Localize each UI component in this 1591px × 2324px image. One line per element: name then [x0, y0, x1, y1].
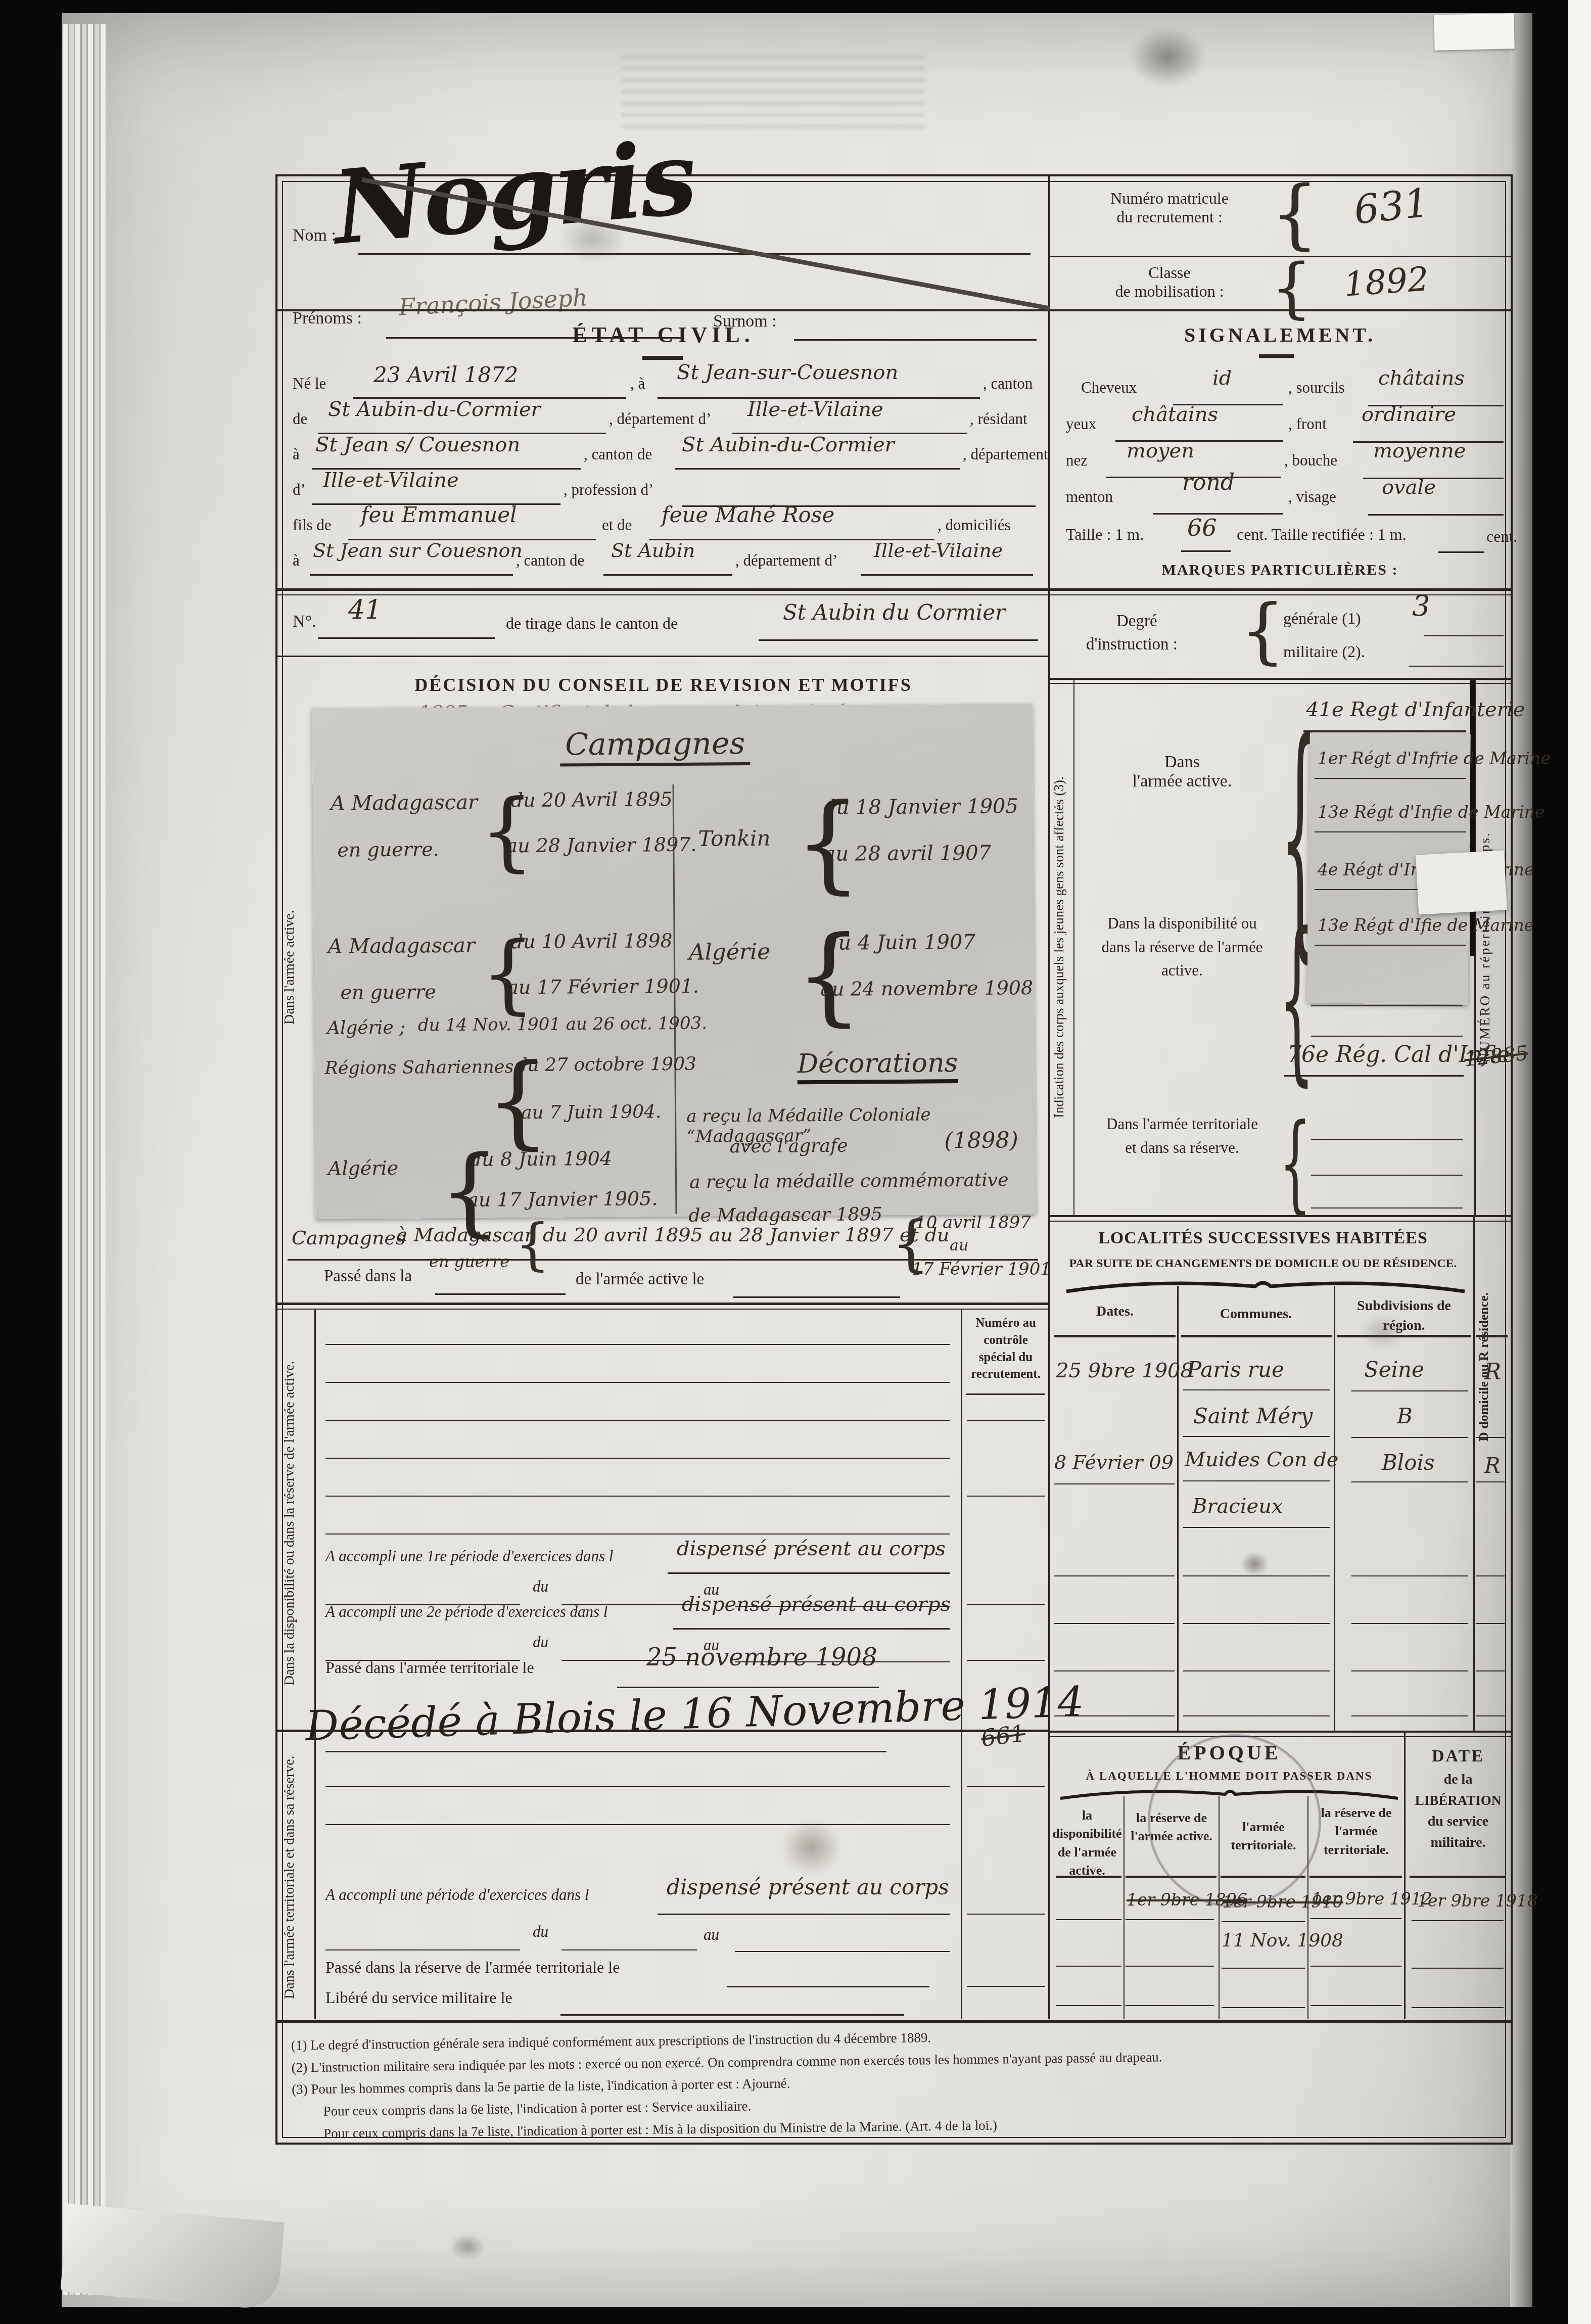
du-label: du — [533, 1577, 548, 1596]
ec-l6v3: Ille-et-Vilaine — [874, 539, 1003, 562]
fill-line — [1054, 1575, 1175, 1576]
sig-r3a: menton — [1066, 488, 1113, 506]
rule — [1476, 1335, 1508, 1337]
regiment-entry: 41e Regt d'Infanterie — [1306, 698, 1525, 721]
ec-l2a: de — [293, 410, 307, 428]
libere-label: Libéré du service militaire le — [325, 1988, 512, 2007]
passe-territoriale-value: 25 novembre 1908 — [646, 1643, 877, 1671]
fill-line — [325, 1344, 950, 1345]
rule — [277, 1309, 1049, 1310]
fill-line — [649, 539, 934, 540]
fill-line — [312, 503, 560, 505]
localites-subtitle: PAR SUITE DE CHANGEMENTS DE DOMICILE OU … — [1056, 1257, 1470, 1271]
rule — [1410, 1876, 1506, 1878]
fill-line — [861, 574, 1033, 576]
page-corner-curl — [60, 2204, 285, 2311]
fill-line — [325, 1382, 950, 1383]
periode3-label: A accompli une période d'exercices dans … — [325, 1886, 589, 1904]
side-label-territoriale: Dans l'armée territoriale et dans sa rés… — [282, 1741, 308, 2014]
ec-l1c: , canton — [983, 375, 1033, 393]
localites-col-subdiv: Subdivisions de région. — [1337, 1296, 1471, 1335]
loc-r1-subdiv1: Blois — [1382, 1450, 1435, 1475]
fill-line — [1476, 1715, 1505, 1716]
rule — [1054, 1335, 1176, 1337]
fill-line — [732, 433, 967, 434]
fill-line — [1183, 1575, 1330, 1576]
fill-line — [1368, 405, 1504, 406]
fill-line — [1476, 1670, 1505, 1671]
note-l2-place: Algérie ; — [327, 1017, 406, 1039]
matricule-value: 631 — [1352, 180, 1431, 233]
rule — [1049, 683, 1511, 684]
cl-sub: en guerre — [429, 1252, 509, 1271]
controle-header: Numéro au contrôle spécial du recrutemen… — [965, 1315, 1047, 1383]
epoque-e3b: 11 Nov. 1908 — [1222, 1930, 1343, 1951]
terr-label: Dans l'armée territoriale et dans sa rés… — [1099, 1112, 1266, 1159]
cl-campagnes: Campagnes — [292, 1227, 406, 1249]
fill-line — [1368, 514, 1504, 516]
rule — [1337, 1335, 1471, 1337]
fill-line — [759, 639, 1038, 641]
note-dec2b: de Madagascar 1895 — [688, 1204, 882, 1226]
fill-line — [1476, 1623, 1505, 1624]
regiment-entry: 1er Régt d'Infrie de Marine — [1318, 749, 1551, 768]
ec-l5a: fils de — [293, 516, 332, 534]
rule — [277, 588, 1511, 591]
note-l0-place: A Madagascar — [331, 791, 478, 815]
sig-r1b: , front — [1288, 415, 1327, 433]
fill-line — [682, 505, 1036, 507]
ec-l2b: , département d’ — [609, 410, 711, 428]
ec-l1v: 23 Avril 1872 — [373, 362, 518, 387]
fill-line — [1476, 1575, 1505, 1576]
fill-line — [1311, 1207, 1463, 1209]
fill-line — [1351, 1390, 1468, 1391]
fill-line — [310, 574, 513, 576]
periode1-label: A accompli une 1re période d'exercices d… — [325, 1547, 613, 1565]
fill-line — [1183, 1527, 1330, 1528]
cl-d1: 10 avril 1897 — [915, 1213, 1031, 1233]
brace: { — [794, 922, 863, 1029]
regiment-entry: 13e Régt d'Ifie de Marine — [1318, 915, 1534, 935]
fill-line — [1153, 513, 1283, 515]
fill-line — [1126, 1966, 1214, 1967]
fill-line — [967, 1660, 1045, 1661]
brace: { — [439, 1143, 501, 1239]
rule — [1073, 679, 1074, 1215]
sig-r2b: , bouche — [1284, 451, 1337, 470]
ec-l4b: , profession d’ — [564, 481, 653, 499]
fill-line — [1412, 1968, 1504, 1969]
fill-line — [325, 1533, 950, 1535]
fill-line — [1183, 1480, 1330, 1481]
rule — [1404, 1731, 1406, 2019]
note-r1-place: Algérie — [689, 939, 771, 965]
fill-line — [1311, 1175, 1463, 1176]
ec-l1a: Né le — [293, 375, 326, 393]
note-dec-title: Décorations — [797, 1048, 958, 1084]
fill-line — [1056, 2005, 1121, 2006]
fill-line — [561, 1660, 697, 1661]
nom-label: Nom : — [293, 226, 336, 245]
rule — [1049, 1736, 1511, 1737]
dispo-label: Dans la disponibilité ou dans la réserve… — [1099, 912, 1266, 983]
fill-line — [1351, 1623, 1468, 1624]
loc-r0-subdiv2: B — [1397, 1404, 1413, 1428]
tirage-no-value: 41 — [348, 595, 382, 625]
loc-r0-dr: R — [1484, 1359, 1501, 1385]
page-edge-right — [1510, 13, 1532, 2307]
pasted-slip-small — [1416, 851, 1507, 915]
taille-rect-label: cent. Taille rectifiée : 1 m. — [1237, 525, 1407, 544]
footnotes: (1) Le degré d'instruction générale sera… — [291, 2020, 1498, 2145]
ec-l6a: à — [293, 551, 300, 570]
fill-line — [325, 1786, 950, 1787]
fill-line — [1056, 1919, 1121, 1920]
rule — [1056, 1876, 1121, 1878]
ec-l6c: , département d’ — [735, 551, 837, 570]
fill-line — [1311, 1918, 1401, 1919]
fill-line — [603, 574, 732, 576]
localites-title: LOCALITÉS SUCCESSIVES HABITÉES — [1056, 1229, 1470, 1248]
side-label-disponibilite: Dans la disponibilité ou dans la réserve… — [282, 1329, 308, 1718]
ec-l3a: à — [293, 445, 300, 463]
note-l4-place: Algérie — [328, 1157, 399, 1180]
epoque-e4: 1er 9bre 1912 — [1312, 1889, 1432, 1909]
fill-line — [794, 339, 1037, 341]
fill-line — [325, 1751, 886, 1752]
fill-line — [312, 468, 581, 470]
note-l2-from: du 14 Nov. 1901 au 26 oct. 1903. — [418, 1013, 707, 1036]
passe-territoriale-label: Passé dans l'armée territoriale le — [325, 1658, 534, 1677]
fill-line — [1183, 1389, 1330, 1390]
fill-line — [675, 468, 960, 470]
rule — [961, 1310, 962, 2019]
fill-line — [735, 1606, 950, 1607]
fill-line — [560, 2014, 904, 2016]
fill-line — [1181, 550, 1231, 552]
cl-passe-b: de l'armée active le — [576, 1270, 704, 1289]
fill-line — [318, 433, 606, 434]
armee-active-label: Dans l'armée active. — [1096, 753, 1268, 791]
ec-l6b: , canton de — [516, 551, 584, 570]
ec-l1v2: St Jean-sur-Couesnon — [677, 361, 898, 384]
periode2-label: A accompli une 2e période d'exercices da… — [325, 1603, 607, 1621]
fill-line — [1311, 1005, 1463, 1006]
fill-line — [658, 397, 980, 399]
fill-line — [1183, 1715, 1330, 1716]
degre-label-1: Degré — [1116, 612, 1157, 631]
brace: { — [794, 789, 862, 896]
fill-line — [1351, 1481, 1468, 1482]
fill-line — [1315, 778, 1466, 779]
loc-r0-commune2: Saint Méry — [1193, 1404, 1313, 1428]
fill-line — [325, 1420, 950, 1421]
au-label: au — [704, 1926, 719, 1944]
ec-l2c: , résidant — [970, 410, 1027, 428]
ec-l5c: , domiciliés — [938, 516, 1011, 534]
epoque-col4-header: la réserve de l'armée territoriale. — [1309, 1804, 1403, 1859]
fill-line — [325, 1949, 520, 1950]
note-l0-sub: en guerre. — [337, 838, 439, 861]
deces-entry: Décédé à Blois le 16 Novembre 1914 — [305, 1678, 1085, 1750]
sig-r3b: , visage — [1288, 488, 1336, 506]
fill-line — [1438, 551, 1484, 553]
note-dec2a: a reçu la médaille commémorative — [689, 1170, 1009, 1192]
fill-line — [967, 1786, 1045, 1787]
sig-r0b: , sourcils — [1288, 379, 1345, 397]
localites-col-communes: Communes. — [1180, 1306, 1332, 1322]
regiment-entry: 13e Régt d'Infie de Marine — [1318, 802, 1545, 822]
degre-generale: générale (1) — [1283, 609, 1361, 628]
brace: { — [1271, 176, 1319, 252]
fill-line — [967, 1604, 1045, 1605]
brace: { — [1271, 255, 1313, 320]
prenoms-value: François Joseph — [398, 284, 588, 320]
fill-line — [1173, 404, 1283, 405]
title-dash — [642, 356, 683, 360]
note-title: Campagnes — [560, 726, 751, 767]
rule — [1049, 1731, 1511, 1733]
fill-line — [1056, 1966, 1121, 1967]
cl-mid: du 20 avril 1895 au 28 Janvier 1897 et d… — [543, 1224, 950, 1246]
fill-line — [1126, 2005, 1214, 2006]
localites-col-dates: Dates. — [1054, 1304, 1176, 1320]
classe-value: 1892 — [1343, 259, 1430, 304]
loc-r0-date: 25 9bre 1908 — [1056, 1359, 1193, 1382]
rule — [277, 309, 1511, 311]
epoque-date-header: DATE de la LIBÉRATION du service militai… — [1410, 1743, 1507, 1853]
cl-au: au — [950, 1237, 968, 1254]
fill-line — [561, 1604, 697, 1605]
side-label-armee-active: Dans l'armée active. — [282, 859, 307, 1076]
vertical-label-indication-corps: Indication des corps auxquels les jeunes… — [1051, 682, 1072, 1213]
fill-line — [1115, 440, 1283, 442]
note-l1-to: au 17 Février 1901. — [507, 975, 699, 999]
sig-r1av: châtains — [1132, 403, 1218, 426]
ec-l5b: et de — [602, 516, 632, 534]
pasted-note-campagnes: Campagnes A Madagascar en guerre. { du 2… — [312, 704, 1036, 1219]
fill-line — [325, 1458, 950, 1459]
brace: { — [1240, 596, 1285, 667]
brace: { — [515, 1217, 550, 1272]
sig-r3av: rond — [1182, 470, 1235, 495]
fill-line — [1351, 1575, 1468, 1576]
fill-line — [727, 1986, 929, 1987]
du-label: du — [533, 1923, 548, 1941]
rule — [314, 1310, 316, 2019]
brace: { — [480, 788, 535, 874]
rule — [1473, 1215, 1475, 1731]
decision-title: DÉCISION DU CONSEIL DE REVISION ET MOTIF… — [277, 674, 1049, 695]
etat-civil-title: ÉTAT CIVIL. — [277, 322, 1049, 348]
note-l1-place: A Madagascar — [328, 934, 476, 958]
ec-l3c: , département — [963, 445, 1048, 463]
signalement-title: SIGNALEMENT. — [1049, 323, 1511, 347]
fill-line — [967, 1420, 1045, 1421]
note-dec1b: avec l'agrafe — [729, 1136, 848, 1157]
fill-line — [325, 1496, 950, 1497]
ec-l4v: Ille-et-Vilaine — [323, 469, 459, 492]
fill-line — [1424, 635, 1504, 636]
loc-r1-date: 8 Février 09 — [1054, 1451, 1174, 1473]
degre-militaire: militaire (2). — [1283, 642, 1365, 661]
rule — [277, 656, 1048, 657]
fill-line — [1311, 1139, 1463, 1140]
periode2-value: dispensé présent au corps — [682, 1593, 951, 1616]
fill-line — [1183, 1436, 1330, 1437]
loc-r1-commune1: Muides Con de — [1185, 1448, 1338, 1471]
fill-line — [1412, 1920, 1504, 1921]
loc-r1-dr: R — [1484, 1453, 1501, 1478]
sig-r2av: moyen — [1127, 439, 1194, 462]
fill-line — [325, 1824, 950, 1825]
rule — [277, 594, 1511, 595]
fill-line — [1351, 1437, 1468, 1438]
periode1-value: dispensé présent au corps — [677, 1537, 946, 1560]
tirage-no: N°. — [293, 612, 316, 631]
fill-line — [318, 637, 495, 639]
ec-l3b: , canton de — [584, 445, 652, 463]
taille-label: Taille : 1 m. — [1066, 525, 1144, 544]
classe-label: Classe de mobilisation : — [1073, 263, 1266, 301]
sig-r0av: id — [1212, 366, 1232, 390]
next-page-strip — [1568, 0, 1591, 2324]
brace-ornament — [1063, 1277, 1468, 1294]
fill-line — [325, 1604, 520, 1605]
sig-r1a: yeux — [1066, 415, 1096, 433]
fill-line — [561, 1949, 697, 1950]
fill-line — [1106, 477, 1281, 478]
taille-value: 66 — [1187, 514, 1217, 541]
fill-line — [325, 1660, 520, 1661]
fill-line — [735, 1661, 950, 1662]
fill-line — [1409, 666, 1504, 667]
fill-line — [735, 1951, 950, 1952]
fill-line — [1315, 831, 1466, 832]
fill-line — [1311, 1036, 1463, 1037]
marques-label: MARQUES PARTICULIÈRES : — [1049, 562, 1511, 579]
fill-line — [1303, 730, 1466, 732]
tirage-rest: de tirage dans le canton de — [506, 614, 678, 633]
fill-line — [348, 539, 596, 540]
loc-r0-subdiv1: Seine — [1364, 1357, 1424, 1382]
rule — [1177, 1286, 1179, 1731]
passe-reserve-terr-label: Passé dans la réserve de l'armée territo… — [325, 1958, 620, 1977]
note-r0-place: Tonkin — [698, 826, 770, 851]
epoque-col1-header: la disponibilité de l'armée active. — [1052, 1806, 1122, 1880]
fill-line — [668, 1572, 950, 1574]
cl-passe-a: Passé dans la — [324, 1267, 412, 1286]
fill-line — [1054, 1670, 1175, 1671]
fill-line — [1351, 1715, 1468, 1716]
fill-line — [1476, 1437, 1505, 1438]
fill-line — [967, 1914, 1045, 1915]
ec-l4a: d’ — [293, 481, 306, 499]
ec-l6v: St Jean sur Couesnon — [313, 539, 523, 562]
rule — [1048, 176, 1050, 2019]
rule — [277, 2020, 1511, 2023]
note-dec1c: (1898) — [944, 1127, 1018, 1153]
fill-line — [435, 1293, 566, 1295]
fill-line — [1183, 1623, 1330, 1624]
fill-line — [386, 337, 684, 339]
rule — [1124, 1796, 1125, 2019]
register-form: Nom : Nogris Prénoms : François Joseph S… — [275, 174, 1513, 2145]
fill-line — [1054, 1483, 1175, 1484]
note-l0-to: au 28 Janvier 1897. — [506, 833, 696, 857]
fill-line — [1363, 478, 1504, 479]
degre-label-2: d'instruction : — [1086, 635, 1178, 654]
fill-line — [1311, 2005, 1401, 2006]
note-l0-from: du 20 Avril 1895 — [511, 788, 673, 811]
fill-line — [1353, 441, 1504, 443]
rule — [1049, 678, 1511, 680]
ec-l5v: feu Emmanuel — [361, 502, 517, 527]
fill-line — [1311, 1966, 1401, 1967]
scan-canvas: Nom : Nogris Prénoms : François Joseph S… — [0, 0, 1591, 2324]
brace: { — [481, 931, 536, 1017]
fill-line — [1351, 1670, 1468, 1671]
paper-tab — [1434, 13, 1514, 50]
matricule-label: Numéro matricule du recrutement : — [1073, 189, 1266, 226]
page-edges-left — [63, 24, 106, 2295]
fill-line — [733, 1296, 900, 1298]
ec-l6v2: St Aubin — [611, 539, 695, 562]
fill-line — [1183, 1670, 1330, 1671]
rule — [1309, 1876, 1402, 1878]
fill-line — [673, 1628, 950, 1630]
rule — [277, 1303, 1049, 1305]
rule — [1181, 1335, 1332, 1337]
fill-line — [967, 1986, 1045, 1987]
fill-line — [1476, 1481, 1505, 1482]
sig-r0a: Cheveux — [1081, 379, 1137, 397]
brace: { — [1279, 1110, 1312, 1217]
fill-line — [1412, 2007, 1504, 2008]
fill-line — [658, 1914, 950, 1915]
brace: { — [892, 1214, 930, 1274]
fill-line — [1222, 1921, 1305, 1922]
fill-line — [1054, 1623, 1175, 1624]
rule — [1334, 1286, 1335, 1731]
sig-r2a: nez — [1066, 451, 1088, 470]
fill-line — [353, 397, 626, 399]
fill-line — [1222, 2007, 1305, 2008]
taille-cent: cent. — [1486, 527, 1517, 546]
fill-line — [1315, 945, 1466, 946]
epoque-e5: 1er 9bre 1918 — [1417, 1891, 1538, 1911]
title-dash — [1259, 354, 1294, 358]
ec-l3v2: St Aubin-du-Cormier — [682, 433, 895, 456]
ec-l3v: St Jean s/ Couesnon — [315, 433, 520, 456]
fill-line — [1126, 1919, 1214, 1920]
ec-l1b: , à — [630, 375, 645, 393]
loc-r0-commune1: Paris rue — [1187, 1357, 1284, 1382]
cl-d2: 17 Février 1901 — [912, 1259, 1051, 1279]
note-l1-sub: en guerre — [340, 981, 436, 1003]
tirage-canton-value: St Aubin du Cormier — [783, 600, 1005, 625]
rule — [966, 1393, 1045, 1395]
ec-l2v: St Aubin-du-Cormier — [328, 398, 541, 421]
ec-l2v2: Ille-et-Vilaine — [747, 398, 883, 421]
fill-line — [1222, 1968, 1305, 1969]
periode3-value: dispensé présent au corps — [667, 1875, 949, 1899]
fill-line — [967, 1496, 1045, 1497]
sig-r0bv: châtains — [1378, 366, 1465, 390]
loc-r1-commune2: Bracieux — [1192, 1495, 1283, 1518]
du-label: du — [533, 1633, 548, 1651]
